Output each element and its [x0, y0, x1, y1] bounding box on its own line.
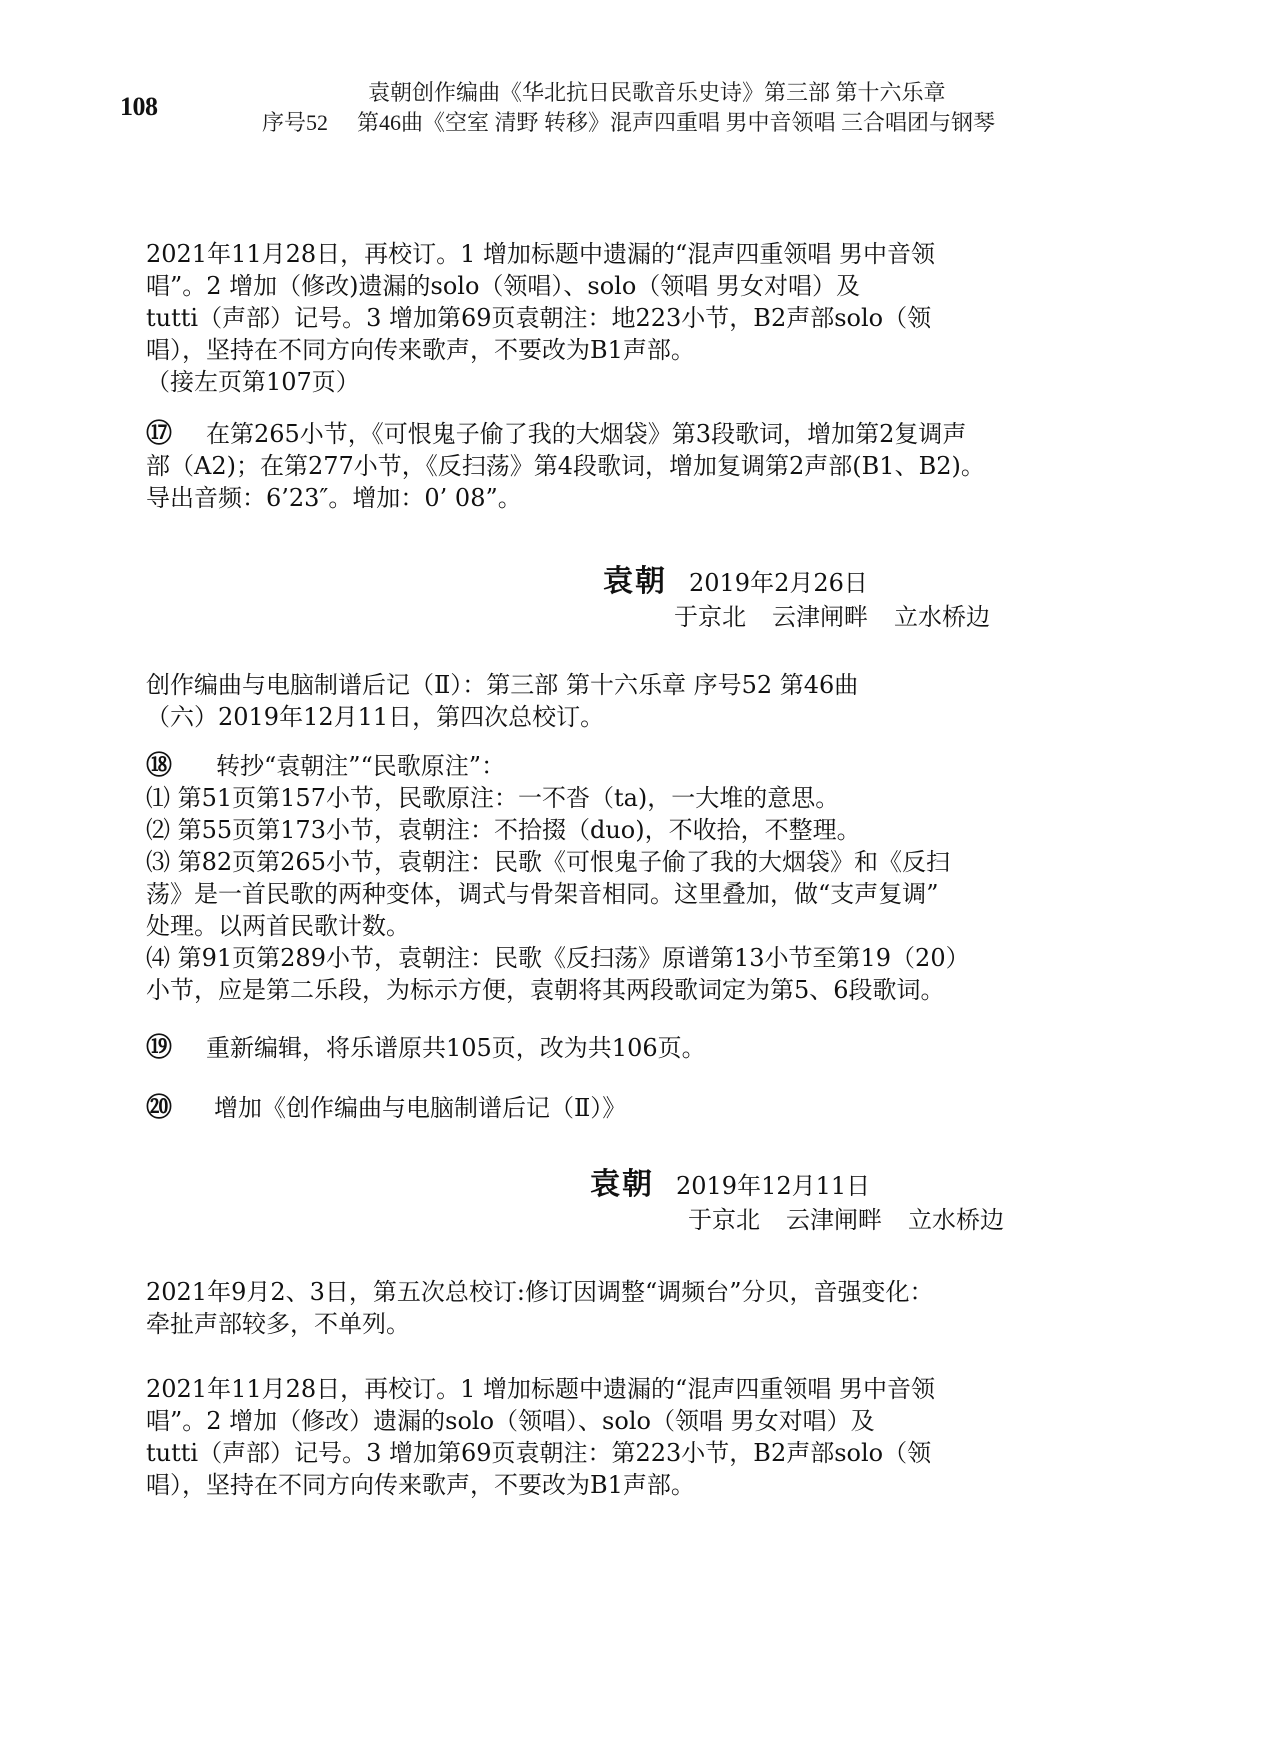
- heading-line: （六）2019年12月11日，第四次总校订。: [146, 701, 1126, 733]
- text-line: 唱），坚持在不同方向传来歌声，不要改为B1声部。: [146, 334, 1126, 366]
- circled-number-20: ⑳: [146, 1092, 206, 1124]
- place-1: 于京北: [688, 1206, 760, 1234]
- text-line: 唱”。2 增加（修改）遗漏的solo（领唱）、solo（领唱 男女对唱）及: [146, 1405, 1126, 1437]
- place-2: 云津闸畔: [786, 1206, 882, 1234]
- place-3: 立水桥边: [908, 1206, 1004, 1234]
- text-line: 2021年11月28日，再校订。1 增加标题中遗漏的“混声四重领唱 男中音领: [146, 1373, 1126, 1405]
- text-line: 2021年11月28日，再校订。1 增加标题中遗漏的“混声四重领唱 男中音领: [146, 238, 1126, 270]
- revision-note-2021-11-28-bottom: 2021年11月28日，再校订。1 增加标题中遗漏的“混声四重领唱 男中音领 唱…: [146, 1373, 1126, 1501]
- text-line: 2021年9月2、3日，第五次总校订:修订因调整“调频台”分贝，音强变化：: [146, 1276, 1126, 1308]
- signature-block-1: 袁朝2019年2月26日 于京北云津闸畔立水桥边: [603, 565, 1016, 634]
- text-line: tutti（声部）记号。3 增加第69页袁朝注：第223小节，B2声部solo（…: [146, 1437, 1126, 1469]
- revision-note-2021-11-28-top: 2021年11月28日，再校订。1 增加标题中遗漏的“混声四重领唱 男中音领 唱…: [146, 238, 1126, 398]
- running-head: 袁朝创作编曲《华北抗日民歌音乐史诗》第三部 第十六乐章 序号52第46曲《空室 …: [262, 78, 1122, 138]
- sub-item: 小节，应是第二乐段，为标示方便，袁朝将其两段歌词定为第5、6段歌词。: [146, 974, 1126, 1006]
- author-name: 袁朝: [590, 1167, 654, 1202]
- note-20: ⑳ 增加《创作编曲与电脑制谱后记（Ⅱ）》: [146, 1092, 1126, 1124]
- circled-number-17: ⑰: [146, 418, 206, 450]
- note-19: ⑲ 重新编辑，将乐谱原共105页，改为共106页。: [146, 1032, 1126, 1064]
- sub-item: ⑶ 第82页第265小节，袁朝注：民歌《可恨鬼子偷了我的大烟袋》和《反扫: [146, 846, 1126, 878]
- continued-from-page: （接左页第107页）: [146, 366, 1126, 398]
- text-line: tutti（声部）记号。3 增加第69页袁朝注：地223小节，B2声部solo（…: [146, 302, 1126, 334]
- sequence-number: 序号52: [262, 108, 357, 138]
- signature-date: 2019年2月26日: [689, 569, 868, 597]
- revision-note-2021-09: 2021年9月2、3日，第五次总校订:修订因调整“调频台”分贝，音强变化： 牵扯…: [146, 1276, 1126, 1340]
- text-line: 部（A2)；在第277小节，《反扫荡》第4段歌词，增加复调第2声部(B1、B2)…: [146, 450, 1126, 482]
- note-text: 增加《创作编曲与电脑制谱后记（Ⅱ）》: [206, 1092, 626, 1124]
- text-line: 唱”。2 增加（修改)遗漏的solo（领唱）、solo（领唱 男女对唱）及: [146, 270, 1126, 302]
- running-head-subtitle: 序号52第46曲《空室 清野 转移》混声四重唱 男中音领唱 三合唱团与钢琴: [262, 108, 1122, 138]
- afterword-title: 创作编曲与电脑制谱后记（Ⅱ）：第三部 第十六乐章 序号52 第46曲 （六）20…: [146, 669, 1126, 733]
- piece-title: 第46曲《空室 清野 转移》混声四重唱 男中音领唱 三合唱团与钢琴: [357, 110, 995, 135]
- circled-number-18: ⑱: [146, 750, 206, 782]
- signature-date: 2019年12月11日: [676, 1172, 870, 1200]
- heading-line: 创作编曲与电脑制谱后记（Ⅱ）：第三部 第十六乐章 序号52 第46曲: [146, 669, 1126, 701]
- text-line: 导出音频：6’23″。增加：0’ 08”。: [146, 482, 1126, 514]
- sub-item: ⑷ 第91页第289小节，袁朝注：民歌《反扫荡》原谱第13小节至第19（20）: [146, 942, 1126, 974]
- signature-place: 于京北云津闸畔立水桥边: [603, 600, 1016, 634]
- text-line: 唱），坚持在不同方向传来歌声，不要改为B1声部。: [146, 1469, 1126, 1501]
- note-17: ⑰ 在第265小节，《可恨鬼子偷了我的大烟袋》第3段歌词，增加第2复调声 部（A…: [146, 418, 1126, 514]
- note-text: 转抄“袁朝注”“民歌原注”：: [206, 750, 505, 782]
- signature-place: 于京北云津闸畔立水桥边: [590, 1203, 1030, 1237]
- place-2: 云津闸畔: [772, 603, 868, 631]
- sub-item: 荡》是一首民歌的两种变体，调式与骨架音相同。这里叠加，做“支声复调”: [146, 878, 1126, 910]
- note-18: ⑱ 转抄“袁朝注”“民歌原注”： ⑴ 第51页第157小节，民歌原注：一不沓（t…: [146, 750, 1126, 1006]
- running-head-title: 袁朝创作编曲《华北抗日民歌音乐史诗》第三部 第十六乐章: [262, 78, 1122, 108]
- author-name: 袁朝: [603, 564, 667, 599]
- note-text: 重新编辑，将乐谱原共105页，改为共106页。: [206, 1032, 706, 1064]
- sub-item: ⑵ 第55页第173小节，袁朝注：不拾掇（duo)，不收拾，不整理。: [146, 814, 1126, 846]
- note-text: 在第265小节，《可恨鬼子偷了我的大烟袋》第3段歌词，增加第2复调声: [206, 418, 966, 450]
- sub-item: 处理。以两首民歌计数。: [146, 910, 1126, 942]
- page-number: 108: [120, 92, 158, 122]
- signature-block-2: 袁朝2019年12月11日 于京北云津闸畔立水桥边: [590, 1168, 1030, 1237]
- circled-number-19: ⑲: [146, 1032, 206, 1064]
- text-line: 牵扯声部较多，不单列。: [146, 1308, 1126, 1340]
- place-3: 立水桥边: [894, 603, 990, 631]
- sub-item: ⑴ 第51页第157小节，民歌原注：一不沓（ta)，一大堆的意思。: [146, 782, 1126, 814]
- place-1: 于京北: [674, 603, 746, 631]
